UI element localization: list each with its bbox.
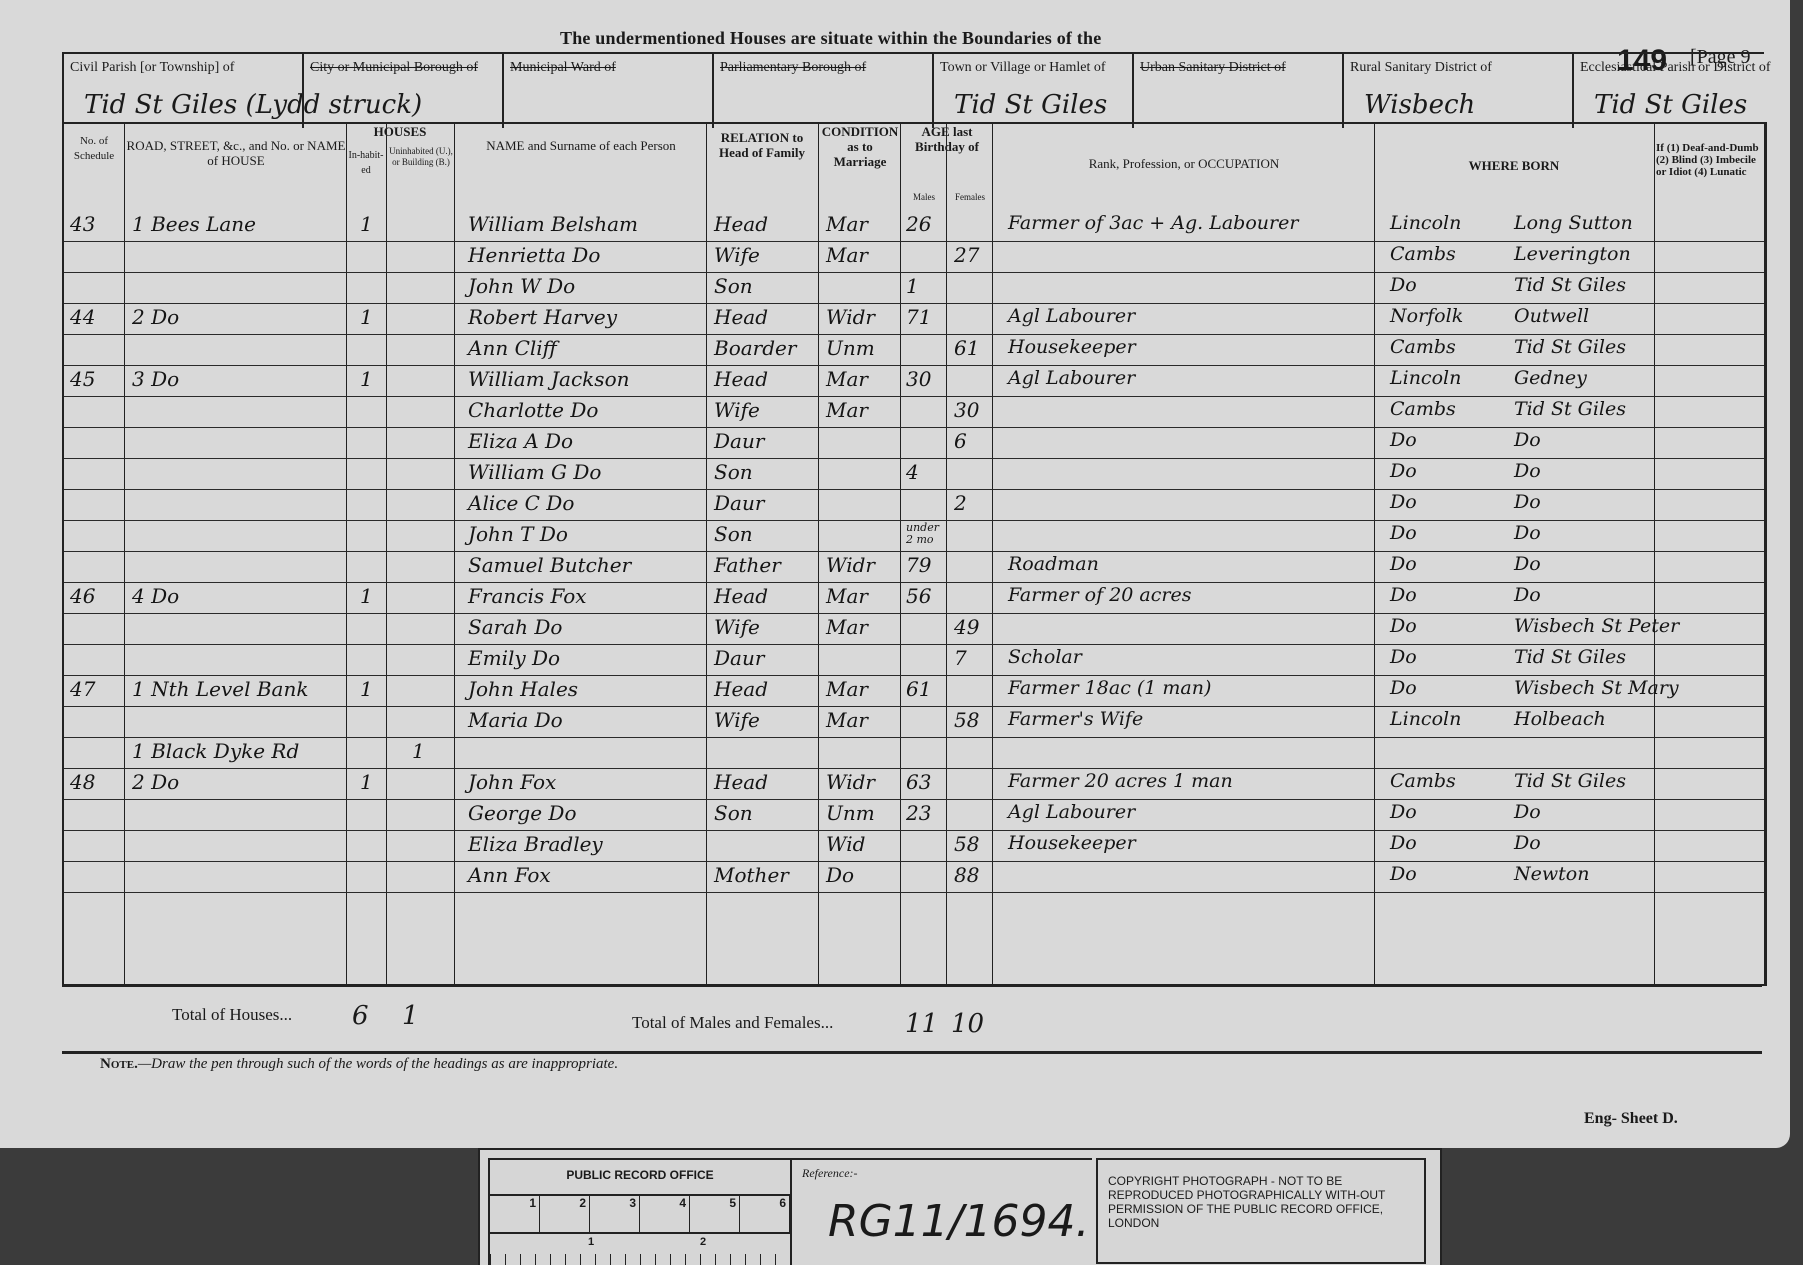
table-cell-bornB: Tid St Giles	[1514, 274, 1626, 296]
note-prefix: Note.	[100, 1056, 138, 1072]
table-cell-road: 4 Do	[132, 584, 179, 608]
table-cell-bornA: Do	[1390, 677, 1417, 699]
column-rule	[1654, 124, 1655, 984]
table-cell-cond: Mar	[826, 708, 868, 732]
column-rule	[900, 124, 901, 984]
table-cell-bornA: Do	[1390, 584, 1417, 606]
table-cell-m: 1	[906, 274, 919, 298]
table-cell-bornB: Tid St Giles	[1514, 646, 1626, 668]
table-cell-cond: Mar	[826, 212, 868, 236]
col-uninhabited: Uninhabited (U.), or Building (B.)	[388, 146, 454, 228]
ruler-mark: 6	[740, 1196, 790, 1232]
table-cell-name: Francis Fox	[468, 584, 587, 608]
row-rule	[64, 551, 1764, 552]
table-cell-name: Samuel Butcher	[468, 553, 631, 577]
table-cell-f: 58	[954, 832, 979, 856]
table-cell-name: Ann Cliff	[468, 336, 557, 360]
table-cell-bornA: Do	[1390, 801, 1417, 823]
ruler-mark: 2	[540, 1196, 590, 1232]
table-cell-bornA: Do	[1390, 460, 1417, 482]
inch-mark: 1	[588, 1236, 594, 1248]
table-cell-inh: 1	[360, 367, 373, 391]
table-cell-rel: Head	[714, 677, 768, 701]
table-cell-cond: Unm	[826, 801, 875, 825]
table-cell-name: Eliza Bradley	[468, 832, 603, 856]
table-cell-cond: Wid	[826, 832, 865, 856]
table-cell-rel: Wife	[714, 243, 760, 267]
table-cell-rel: Head	[714, 212, 768, 236]
table-cell-rel: Head	[714, 770, 768, 794]
table-cell-bornB: Do	[1514, 429, 1541, 451]
table-cell-name: William Jackson	[468, 367, 629, 391]
boundary-box: Civil Parish [or Township] ofTid St Gile…	[62, 52, 304, 128]
table-cell-name: George Do	[468, 801, 577, 825]
row-rule	[64, 303, 1764, 304]
ruler-panel: PUBLIC RECORD OFFICE 1 2 3 4 5 6 1 2	[488, 1158, 792, 1265]
boundary-label: Civil Parish [or Township] of	[70, 60, 234, 76]
row-rule	[64, 830, 1764, 831]
column-rule	[818, 124, 819, 984]
row-rule	[64, 272, 1764, 273]
row-rule	[64, 706, 1764, 707]
table-cell-rel: Head	[714, 367, 768, 391]
table-cell-bornA: Cambs	[1390, 243, 1456, 265]
table-cell-bornA: Do	[1390, 553, 1417, 575]
row-rule	[64, 396, 1764, 397]
table-cell-sched: 48	[70, 770, 95, 794]
col-condition: CONDITION as to Marriage	[820, 124, 900, 206]
table-cell-inh: 1	[360, 212, 373, 236]
row-rule	[64, 334, 1764, 335]
col-infirmity: If (1) Deaf-and-Dumb (2) Blind (3) Imbec…	[1656, 142, 1764, 224]
table-cell-occ: Scholar	[1008, 646, 1082, 668]
table-cell-bornB: Wisbech St Mary	[1514, 677, 1679, 699]
table-cell-rel: Son	[714, 460, 753, 484]
table-cell-name: Eliza A Do	[468, 429, 573, 453]
table-cell-bornB: Wisbech St Peter	[1514, 615, 1679, 637]
table-cell-name: John Hales	[468, 677, 578, 701]
table-cell-m: 26	[906, 212, 931, 236]
table-cell-occ: Farmer of 20 acres	[1008, 584, 1191, 606]
table-cell-f: 7	[954, 646, 967, 670]
table-cell-bornB: Do	[1514, 584, 1541, 606]
column-rule	[992, 124, 993, 984]
boundary-label: Town or Village or Hamlet of	[940, 60, 1106, 76]
boundary-label: Ecclesiastical Parish or District of	[1580, 60, 1771, 76]
reference-panel: Reference:- RG11/1694.	[792, 1158, 1092, 1265]
boundary-box: Ecclesiastical Parish or District ofTid …	[1572, 52, 1764, 128]
table-cell-bornA: Do	[1390, 863, 1417, 885]
table-cell-occ: Farmer's Wife	[1008, 708, 1143, 730]
column-rule	[346, 124, 347, 984]
row-rule	[64, 582, 1764, 583]
table-cell-rel: Wife	[714, 708, 760, 732]
table-cell-f: 6	[954, 429, 967, 453]
column-rule	[1374, 124, 1375, 984]
table-cell-bornB: Do	[1514, 832, 1541, 854]
table-cell-name: John W Do	[468, 274, 575, 298]
table-cell-occ: Roadman	[1008, 553, 1099, 575]
table-cell-occ: Farmer 18ac (1 man)	[1008, 677, 1211, 699]
boundary-box: Parliamentary Borough of	[712, 52, 934, 128]
table-cell-sched: 44	[70, 305, 95, 329]
table-cell-occ: Farmer of 3ac + Ag. Labourer	[1008, 212, 1298, 234]
row-rule	[64, 489, 1764, 490]
table-cell-rel: Head	[714, 305, 768, 329]
table-cell-bornB: Do	[1514, 522, 1541, 544]
total-inhabited: 6	[352, 1001, 369, 1031]
row-rule	[64, 644, 1764, 645]
boundary-box: City or Municipal Borough of	[302, 52, 504, 128]
table-cell-bornA: Do	[1390, 832, 1417, 854]
table-cell-rel: Father	[714, 553, 781, 577]
row-rule	[64, 365, 1764, 366]
table-cell-bornB: Holbeach	[1514, 708, 1606, 730]
table-cell-f: 30	[954, 398, 979, 422]
ruler-mark: 1	[490, 1196, 540, 1232]
table-cell-m: 79	[906, 553, 931, 577]
table-cell-rel: Wife	[714, 615, 760, 639]
table-cell-m: 63	[906, 770, 931, 794]
table-cell-bornA: Lincoln	[1390, 212, 1461, 234]
table-cell-name: Henrietta Do	[468, 243, 600, 267]
table-cell-uninh: 1	[412, 739, 425, 763]
boundary-box: Town or Village or Hamlet ofTid St Giles	[932, 52, 1134, 128]
boundary-label: Urban Sanitary District of	[1140, 60, 1286, 76]
total-uninhabited: 1	[402, 1001, 419, 1031]
table-cell-cond: Mar	[826, 367, 868, 391]
table-cell-bornA: Cambs	[1390, 770, 1456, 792]
table-cell-name: William Belsham	[468, 212, 638, 236]
table-cell-sched: 47	[70, 677, 95, 701]
table-cell-bornB: Long Sutton	[1514, 212, 1633, 234]
table-cell-road: 1 Nth Level Bank	[132, 677, 308, 701]
col-relation: RELATION to Head of Family	[706, 130, 818, 212]
table-cell-name: Emily Do	[468, 646, 560, 670]
table-cell-sched: 46	[70, 584, 95, 608]
table-cell-rel: Head	[714, 584, 768, 608]
table-cell-f: 49	[954, 615, 979, 639]
reference-number: RG11/1694.	[828, 1196, 1089, 1247]
reference-label: Reference:-	[802, 1166, 858, 1181]
table-cell-f: 27	[954, 243, 979, 267]
boundary-box: Rural Sanitary District ofWisbech	[1342, 52, 1574, 128]
table-cell-cond: Mar	[826, 398, 868, 422]
boundary-value: Wisbech	[1364, 90, 1475, 120]
column-rule	[946, 124, 947, 984]
inch-mark: 2	[700, 1236, 706, 1248]
table-cell-m: 56	[906, 584, 931, 608]
row-rule	[64, 861, 1764, 862]
table-cell-inh: 1	[360, 584, 373, 608]
table-cell-name: Maria Do	[468, 708, 563, 732]
table-cell-bornA: Cambs	[1390, 398, 1456, 420]
table-cell-m: 23	[906, 801, 931, 825]
col-road: ROAD, STREET, &c., and No. or NAME of HO…	[126, 138, 346, 220]
total-persons-label: Total of Males and Females...	[632, 1013, 833, 1033]
table-cell-m: 61	[906, 677, 931, 701]
table-cell-bornA: Norfolk	[1390, 305, 1463, 327]
ruler-mark: 4	[640, 1196, 690, 1232]
row-rule	[64, 613, 1764, 614]
table-cell-cond: Mar	[826, 584, 868, 608]
boundary-value: Tid St Giles	[954, 90, 1107, 120]
table-cell-cond: Widr	[826, 770, 875, 794]
table-cell-bornB: Do	[1514, 553, 1541, 575]
table-cell-m: under 2 mo	[906, 522, 946, 546]
table-cell-cond: Mar	[826, 243, 868, 267]
column-rule	[386, 124, 387, 984]
form-title: The undermentioned Houses are situate wi…	[560, 28, 1101, 49]
table-cell-occ: Farmer 20 acres 1 man	[1008, 770, 1233, 792]
inch-ruler: 1 2	[490, 1236, 790, 1265]
table-cell-road: 2 Do	[132, 770, 179, 794]
census-sheet: The undermentioned Houses are situate wi…	[0, 0, 1790, 1148]
table-cell-bornB: Do	[1514, 801, 1541, 823]
table-cell-bornB: Tid St Giles	[1514, 770, 1626, 792]
table-cell-rel: Daur	[714, 646, 764, 670]
boundary-label: Municipal Ward of	[510, 60, 616, 76]
column-rule	[706, 124, 707, 984]
table-cell-bornB: Newton	[1514, 863, 1589, 885]
footnote: Note.—Draw the pen through such of the w…	[100, 1056, 618, 1073]
sheet-label: Eng- Sheet D.	[1584, 1110, 1678, 1128]
table-cell-bornB: Gedney	[1514, 367, 1587, 389]
table-cell-bornA: Lincoln	[1390, 367, 1461, 389]
table-cell-bornA: Do	[1390, 274, 1417, 296]
table-cell-bornA: Do	[1390, 615, 1417, 637]
table-cell-bornB: Do	[1514, 460, 1541, 482]
table-cell-f: 61	[954, 336, 979, 360]
row-rule	[64, 737, 1764, 738]
table-cell-bornB: Tid St Giles	[1514, 336, 1626, 358]
copyright-notice: COPYRIGHT PHOTOGRAPH - NOT TO BE REPRODU…	[1096, 1158, 1426, 1264]
table-cell-name: Alice C Do	[468, 491, 574, 515]
boundary-label: City or Municipal Borough of	[310, 60, 478, 76]
table-cell-name: Sarah Do	[468, 615, 562, 639]
table-cell-inh: 1	[360, 677, 373, 701]
row-rule	[64, 799, 1764, 800]
table-cell-road: 1 Black Dyke Rd	[132, 739, 299, 763]
record-office-label: PUBLIC RECORD OFFICE 1 2 3 4 5 6 1 2 Ref…	[478, 1148, 1442, 1265]
col-schedule: No. of Schedule	[64, 134, 124, 216]
totals-row: Total of Houses... 6 1 Total of Males an…	[62, 984, 1762, 1054]
table-cell-cond: Unm	[826, 336, 875, 360]
column-rule	[454, 124, 455, 984]
cm-ruler: 1 2 3 4 5 6	[490, 1194, 790, 1234]
table-cell-occ: Agl Labourer	[1008, 305, 1135, 327]
table-cell-bornA: Cambs	[1390, 336, 1456, 358]
row-rule	[64, 241, 1764, 242]
table-cell-name: Robert Harvey	[468, 305, 617, 329]
total-houses-label: Total of Houses...	[172, 1005, 292, 1025]
table-cell-road: 1 Bees Lane	[132, 212, 256, 236]
col-name: NAME and Surname of each Person	[456, 138, 706, 220]
table-cell-cond: Do	[826, 863, 854, 887]
boundary-value: Tid St Giles	[1594, 90, 1747, 120]
table-cell-m: 71	[906, 305, 931, 329]
table-cell-occ: Agl Labourer	[1008, 367, 1135, 389]
row-rule	[64, 427, 1764, 428]
table-cell-rel: Daur	[714, 491, 764, 515]
table-cell-occ: Housekeeper	[1008, 832, 1136, 854]
table-cell-name: John T Do	[468, 522, 568, 546]
table-cell-inh: 1	[360, 305, 373, 329]
row-rule	[64, 458, 1764, 459]
table-cell-f: 2	[954, 491, 967, 515]
total-females: 10	[951, 1009, 984, 1039]
table-cell-bornB: Do	[1514, 491, 1541, 513]
table-cell-bornA: Do	[1390, 429, 1417, 451]
table-cell-road: 2 Do	[132, 305, 179, 329]
ruler-mark: 5	[690, 1196, 740, 1232]
table-cell-inh: 1	[360, 770, 373, 794]
table-cell-m: 4	[906, 460, 919, 484]
table-cell-bornB: Leverington	[1514, 243, 1631, 265]
table-cell-occ: Agl Labourer	[1008, 801, 1135, 823]
table-cell-bornA: Do	[1390, 522, 1417, 544]
table-cell-m: 30	[906, 367, 931, 391]
table-cell-name: Charlotte Do	[468, 398, 598, 422]
table-cell-f: 88	[954, 863, 979, 887]
boundary-box: Municipal Ward of	[502, 52, 714, 128]
boundary-label: Rural Sanitary District of	[1350, 60, 1492, 76]
table-cell-bornB: Outwell	[1514, 305, 1589, 327]
table-cell-bornB: Tid St Giles	[1514, 398, 1626, 420]
table-cell-sched: 45	[70, 367, 95, 391]
record-office-title: PUBLIC RECORD OFFICE	[490, 1168, 790, 1182]
table-cell-name: John Fox	[468, 770, 556, 794]
table-cell-cond: Mar	[826, 677, 868, 701]
row-rule	[64, 768, 1764, 769]
note-text: —Draw the pen through such of the words …	[138, 1056, 618, 1072]
table-cell-cond: Widr	[826, 553, 875, 577]
table-cell-cond: Widr	[826, 305, 875, 329]
table-cell-name: William G Do	[468, 460, 601, 484]
table-cell-road: 3 Do	[132, 367, 179, 391]
table-cell-name: Ann Fox	[468, 863, 551, 887]
row-rule	[64, 892, 1764, 893]
table-cell-rel: Son	[714, 274, 753, 298]
table-cell-rel: Son	[714, 801, 753, 825]
table-cell-bornA: Lincoln	[1390, 708, 1461, 730]
table-cell-rel: Mother	[714, 863, 789, 887]
census-table: No. of Schedule ROAD, STREET, &c., and N…	[62, 122, 1767, 986]
row-rule	[64, 675, 1764, 676]
table-cell-bornA: Do	[1390, 646, 1417, 668]
table-cell-f: 58	[954, 708, 979, 732]
boundary-label: Parliamentary Borough of	[720, 60, 866, 76]
table-cell-sched: 43	[70, 212, 95, 236]
table-cell-cond: Mar	[826, 615, 868, 639]
column-rule	[124, 124, 125, 984]
table-cell-bornA: Do	[1390, 491, 1417, 513]
ruler-mark: 3	[590, 1196, 640, 1232]
boundary-box: Urban Sanitary District of	[1132, 52, 1344, 128]
table-cell-rel: Wife	[714, 398, 760, 422]
table-cell-rel: Boarder	[714, 336, 796, 360]
table-cell-rel: Son	[714, 522, 753, 546]
total-males: 11	[905, 1009, 938, 1039]
table-cell-rel: Daur	[714, 429, 764, 453]
table-cell-occ: Housekeeper	[1008, 336, 1136, 358]
